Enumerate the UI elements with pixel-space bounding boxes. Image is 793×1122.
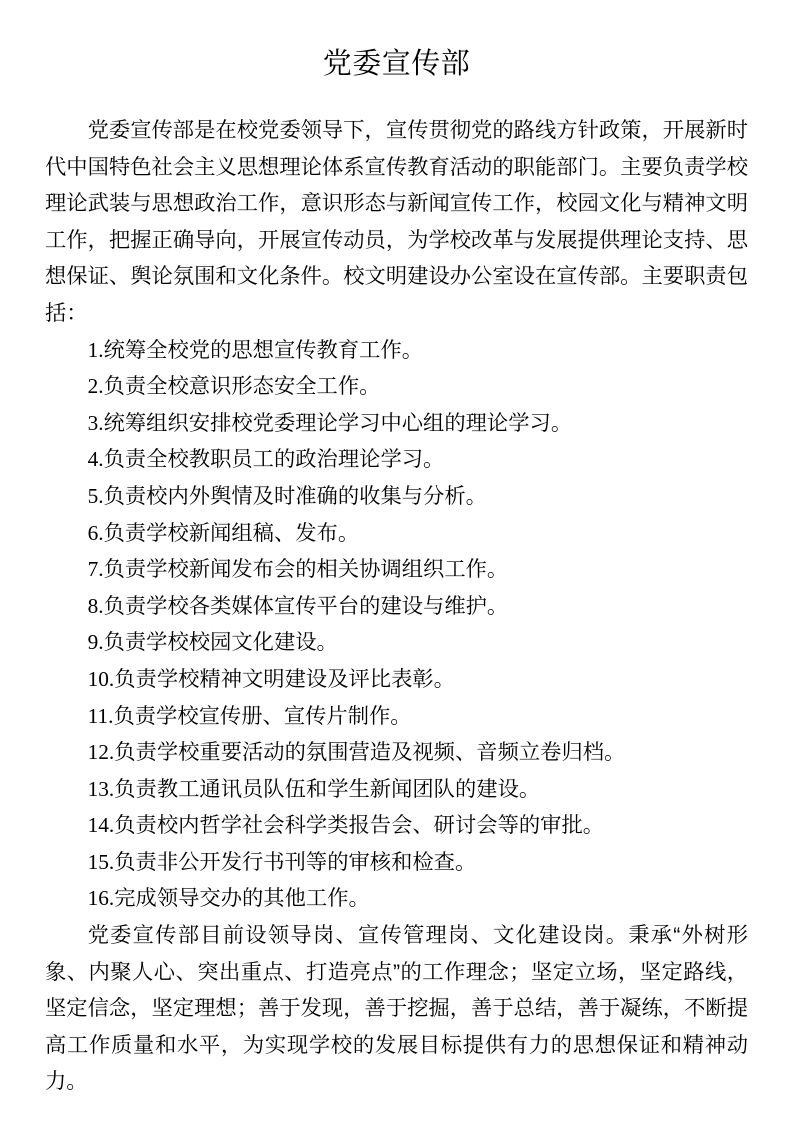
intro-paragraph: 党委宣传部是在校党委领导下，宣传贯彻党的路线方针政策，开展新时代中国特色社会主义…: [45, 112, 748, 332]
duty-text: 负责全校意识形态安全工作。: [104, 374, 381, 398]
duty-number: 13.: [88, 777, 115, 801]
duty-text: 负责学校各类媒体宣传平台的建设与维护。: [104, 594, 509, 618]
list-item: 8.负责学校各类媒体宣传平台的建设与维护。: [45, 588, 748, 625]
duty-text: 负责校内外舆情及时准确的收集与分析。: [104, 484, 487, 508]
duties-list: 1.统筹全校党的思想宣传教育工作。 2.负责全校意识形态安全工作。 3.统筹组织…: [45, 332, 748, 918]
duty-text: 负责全校教职员工的政治理论学习。: [104, 447, 445, 471]
list-item: 10.负责学校精神文明建设及评比表彰。: [45, 661, 748, 698]
list-item: 1.统筹全校党的思想宣传教育工作。: [45, 332, 748, 369]
list-item: 16.完成领导交办的其他工作。: [45, 880, 748, 917]
list-item: 7.负责学校新闻发布会的相关协调组织工作。: [45, 551, 748, 588]
list-item: 3.统筹组织安排校党委理论学习中心组的理论学习。: [45, 405, 748, 442]
duty-text: 完成领导交办的其他工作。: [114, 886, 370, 910]
duty-text: 负责学校重要活动的氛围营造及视频、音频立卷归档。: [114, 740, 625, 764]
duty-number: 1.: [88, 338, 104, 362]
duty-number: 11.: [88, 704, 114, 728]
duty-number: 2.: [88, 374, 104, 398]
duty-number: 3.: [88, 411, 104, 435]
duty-number: 10.: [88, 667, 115, 691]
duty-text: 负责非公开发行书刊等的审核和检查。: [114, 850, 476, 874]
duty-number: 9.: [88, 630, 104, 654]
duty-number: 4.: [88, 447, 104, 471]
duty-text: 负责学校新闻组稿、发布。: [104, 521, 360, 545]
list-item: 12.负责学校重要活动的氛围营造及视频、音频立卷归档。: [45, 734, 748, 771]
duty-number: 12.: [88, 740, 115, 764]
list-item: 9.负责学校校园文化建设。: [45, 624, 748, 661]
list-item: 2.负责全校意识形态安全工作。: [45, 368, 748, 405]
list-item: 15.负责非公开发行书刊等的审核和检查。: [45, 844, 748, 881]
list-item: 5.负责校内外舆情及时准确的收集与分析。: [45, 478, 748, 515]
duty-number: 7.: [88, 557, 104, 581]
duty-number: 5.: [88, 484, 104, 508]
duty-text: 负责学校精神文明建设及评比表彰。: [114, 667, 455, 691]
duty-text: 负责学校新闻发布会的相关协调组织工作。: [104, 557, 509, 581]
closing-paragraph: 党委宣传部目前设领导岗、宣传管理岗、文化建设岗。秉承“外树形象、内聚人心、突出重…: [45, 917, 748, 1100]
document-page: 党委宣传部 党委宣传部是在校党委领导下，宣传贯彻党的路线方针政策，开展新时代中国…: [0, 0, 793, 1122]
duty-text: 负责学校校园文化建设。: [104, 630, 338, 654]
duty-number: 16.: [88, 886, 115, 910]
duty-text: 负责学校宣传册、宣传片制作。: [113, 704, 411, 728]
duty-number: 6.: [88, 521, 104, 545]
list-item: 4.负责全校教职员工的政治理论学习。: [45, 441, 748, 478]
list-item: 13.负责教工通讯员队伍和学生新闻团队的建设。: [45, 771, 748, 808]
document-body: 党委宣传部是在校党委领导下，宣传贯彻党的路线方针政策，开展新时代中国特色社会主义…: [45, 112, 748, 1100]
duty-text: 统筹全校党的思想宣传教育工作。: [104, 338, 423, 362]
page-title: 党委宣传部: [45, 49, 748, 79]
duty-text: 负责教工通讯员队伍和学生新闻团队的建设。: [114, 777, 540, 801]
duty-text: 统筹组织安排校党委理论学习中心组的理论学习。: [104, 411, 573, 435]
duty-text: 负责校内哲学社会科学类报告会、研讨会等的审批。: [114, 813, 604, 837]
list-item: 14.负责校内哲学社会科学类报告会、研讨会等的审批。: [45, 807, 748, 844]
list-item: 6.负责学校新闻组稿、发布。: [45, 515, 748, 552]
duty-number: 15.: [88, 850, 115, 874]
list-item: 11.负责学校宣传册、宣传片制作。: [45, 698, 748, 735]
duty-number: 8.: [88, 594, 104, 618]
duty-number: 14.: [88, 813, 115, 837]
